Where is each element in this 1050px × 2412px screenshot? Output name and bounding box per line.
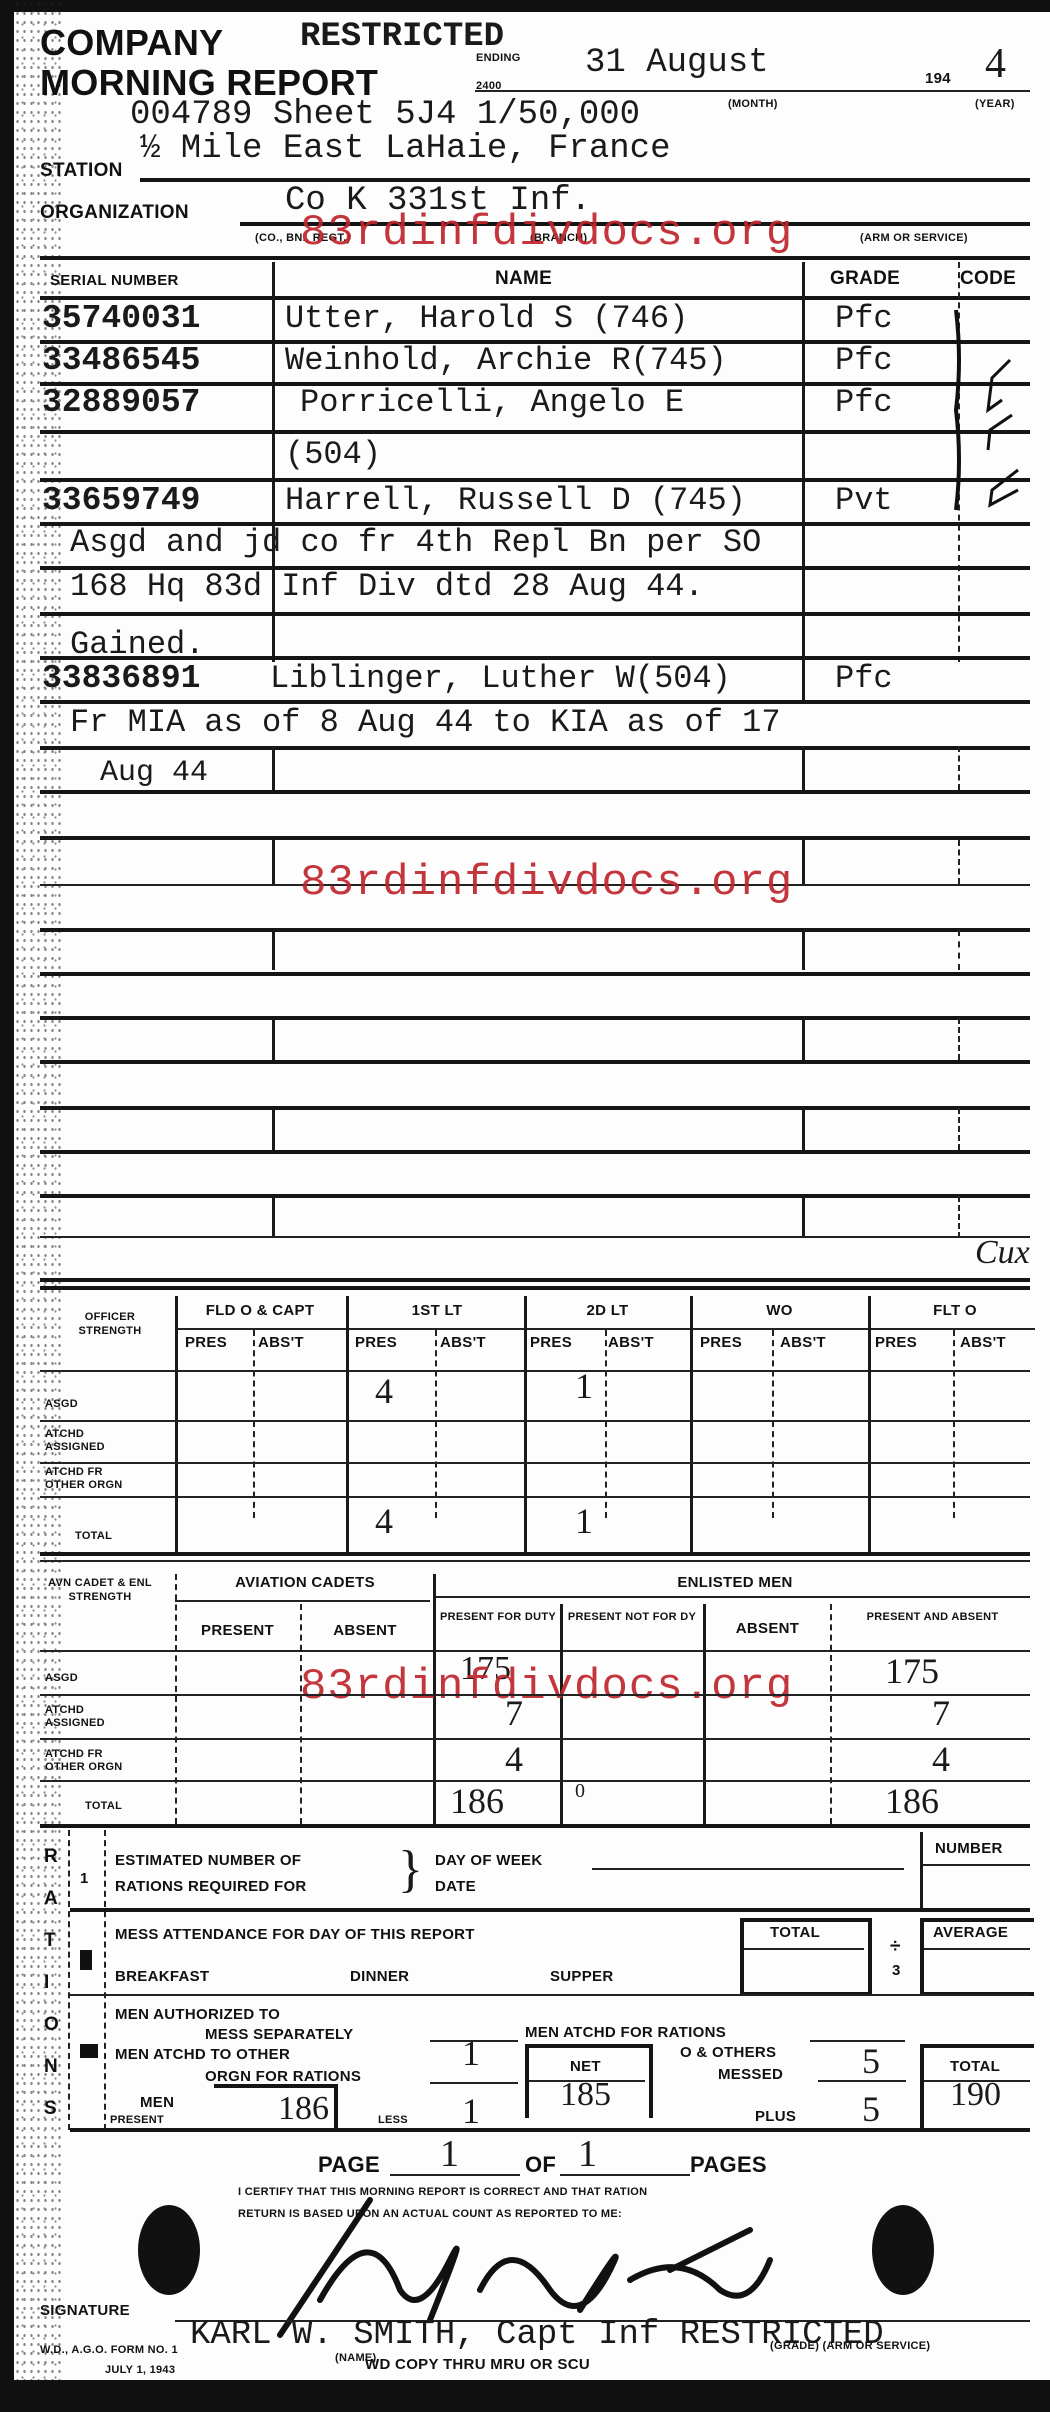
remark-line: Asgd and jd co fr 4th Repl Bn per SO [70, 524, 761, 561]
number-box-divider [920, 1832, 923, 1910]
col-divider [830, 1604, 832, 1824]
row-rule [40, 836, 1030, 840]
group-2d-lt: 2D LT [525, 1302, 690, 1319]
side-letter: R [44, 1846, 58, 1868]
o-others-value: 5 [862, 2040, 880, 2082]
row-rule [40, 1370, 1030, 1372]
report-date: 31 August [585, 44, 769, 82]
section-1-number: 1 [80, 1870, 89, 1887]
section-divider [40, 1286, 1030, 1290]
watermark-top: 83rdinfdivdocs.org [300, 208, 793, 258]
side-letter: S [44, 2098, 57, 2120]
row-rule [40, 1552, 1030, 1556]
aviation-cadets-header: AVIATION CADETS [185, 1574, 425, 1591]
roster-col-divider [272, 1018, 275, 1060]
serial-number: 32889057 [42, 384, 200, 421]
organization-label: ORGANIZATION [40, 202, 189, 224]
roster-col-divider [802, 1108, 805, 1150]
cell-present-and-absent-total: 186 [885, 1780, 939, 1822]
net-label: NET [570, 2058, 601, 2075]
signature-label: SIGNATURE [40, 2302, 130, 2319]
row-rule [40, 1016, 1030, 1020]
divide-by: 3 [892, 1962, 901, 1979]
sub-abst: ABS'T [780, 1334, 826, 1351]
row-rule [70, 1994, 1030, 1996]
side-letter: A [44, 1888, 58, 1910]
row-label-total: TOTAL [85, 1800, 122, 1812]
map-reference: 004789 Sheet 5J4 1/50,000 [130, 96, 640, 134]
restricted-stamp: RESTRICTED [300, 18, 504, 56]
cell-2d-lt-pres-total: 1 [575, 1500, 593, 1542]
roster-col-divider [272, 840, 275, 884]
cell-present-and-absent-atchd: 7 [932, 1692, 950, 1734]
soldier-name: Weinhold, Archie R(745) [285, 342, 727, 379]
remark-line: Fr MIA as of 8 Aug 44 to KIA as of 17 [70, 704, 781, 741]
sub-pres: PRES [700, 1334, 742, 1351]
number-underline [922, 1864, 1030, 1866]
section-divider [40, 1824, 1030, 1828]
col-divider [605, 1330, 607, 1518]
form-date: JULY 1, 1943 [105, 2364, 175, 2376]
station-label: STATION [40, 160, 123, 182]
col-divider [435, 1330, 437, 1518]
year-caption: (YEAR) [975, 98, 1015, 110]
col-present-for-duty: PRESENT FOR DUTY [438, 1610, 558, 1624]
less-value: 1 [462, 2090, 480, 2132]
row-rule [40, 1278, 1030, 1282]
roster-col-divider [802, 1018, 805, 1060]
day-of-week-label: DAY OF WEEK [435, 1852, 543, 1869]
sub-pres: PRES [185, 1334, 227, 1351]
roster-col-divider [958, 1108, 960, 1150]
men-atchd-other-line2: ORGN FOR RATIONS [205, 2068, 361, 2085]
mess-total-underline [744, 1948, 864, 1950]
cell-present-for-duty-atchd: 7 [505, 1692, 523, 1734]
serial-number: 33486545 [42, 342, 200, 379]
cell-2d-lt-pres-asgd: 1 [575, 1365, 593, 1407]
soldier-name: Harrell, Russell D (745) [285, 482, 746, 519]
binder-hole-left [138, 2205, 200, 2295]
row-rule [40, 790, 1030, 794]
o-others-field [818, 2080, 906, 2082]
row-label-atchd-assigned: ATCHD ASSIGNED [45, 1704, 125, 1730]
remark-line: Aug 44 [100, 756, 208, 790]
enlisted-strength-header: AVN CADET & ENL STRENGTH [45, 1576, 155, 1604]
soldier-name: Utter, Harold S (746) [285, 300, 688, 337]
row-rule [40, 1420, 1030, 1422]
col-divider [175, 1574, 177, 1824]
form-id: W.D., A.G.O. FORM No. 1 [40, 2344, 178, 2356]
col-name: NAME [495, 268, 552, 290]
row-rule [40, 1694, 1030, 1696]
cell-present-and-absent-asgd: 175 [885, 1650, 939, 1692]
grand-total-label: TOTAL [950, 2058, 1000, 2075]
cell-1st-lt-pres-asgd: 4 [375, 1370, 393, 1412]
col-present-not-for-duty: PRESENT NOT FOR DY [562, 1610, 702, 1624]
col-divider [524, 1296, 527, 1518]
month-caption: (MONTH) [728, 98, 778, 110]
scan-top-border [0, 0, 1050, 12]
day-of-week-field [592, 1868, 904, 1870]
o-others-line2: MESSED [718, 2066, 783, 2083]
sub-abst: ABS'T [608, 1334, 654, 1351]
roster-col-divider [958, 746, 960, 790]
ending-label: ENDING [476, 52, 521, 64]
col-divider [953, 1330, 955, 1518]
rations-margin-divider [68, 1830, 70, 2130]
breakfast-label: BREAKFAST [115, 1968, 209, 1985]
watermark-middle: 83rdinfdivdocs.org [300, 858, 793, 908]
col-serial-number: SERIAL NUMBER [50, 272, 179, 289]
year-suffix: 4 [985, 40, 1006, 88]
average-underline [924, 1948, 1030, 1950]
divide-icon: ÷ [890, 1936, 901, 1958]
men-atchd-other-value: 1 [462, 2032, 480, 2074]
side-letter: N [44, 2056, 58, 2078]
group-underline [175, 1600, 430, 1602]
men-atchd-other-field [430, 2082, 518, 2084]
cell-present-for-duty-atchd-fr: 4 [505, 1738, 523, 1780]
group-flt-o: FLT O [870, 1302, 1040, 1319]
net-value: 185 [560, 2076, 611, 2114]
side-letter: O [44, 2014, 59, 2036]
row-label-total: TOTAL [75, 1530, 112, 1542]
side-letter: I [44, 1972, 50, 1994]
supper-label: SUPPER [550, 1968, 614, 1985]
col-av-absent: ABSENT [300, 1622, 430, 1639]
remark-line: 168 Hq 83d Inf Div dtd 28 Aug 44. [70, 568, 704, 605]
row-rule [40, 1650, 1030, 1652]
station-value: ½ Mile East LaHaie, France [140, 130, 671, 168]
men-atchd-for-rations-field [810, 2040, 905, 2042]
watermark-bottom: 83rdinfdivdocs.org [300, 1662, 793, 1712]
men-present-line1: MEN [140, 2094, 174, 2111]
mess-attendance-label: MESS ATTENDANCE FOR DAY OF THIS REPORT [115, 1926, 475, 1943]
col-divider [560, 1604, 563, 1824]
grand-total-value: 190 [950, 2076, 1001, 2114]
date-underline [475, 90, 1030, 92]
soldier-name: Liblinger, Luther W(504) [270, 660, 731, 697]
section-divider [70, 2128, 1030, 2132]
col-divider [300, 1604, 302, 1824]
row-rule [40, 1194, 1030, 1198]
soldier-name: Porricelli, Angelo E [300, 384, 684, 421]
col-divider [690, 1296, 693, 1518]
sub-abst: ABS'T [258, 1334, 304, 1351]
group-1st-lt: 1ST LT [352, 1302, 522, 1319]
men-authorized-line2: MESS SEPARATELY [205, 2026, 353, 2043]
side-letter: T [44, 1930, 56, 1952]
estimated-rations-line2: RATIONS REQUIRED FOR [115, 1878, 307, 1895]
col-enl-absent: ABSENT [705, 1620, 830, 1637]
soldier-grade: Pvt [835, 482, 893, 519]
col-divider [868, 1496, 871, 1552]
average-label: AVERAGE [933, 1924, 1008, 1941]
serial-number: 33836891 [42, 660, 200, 697]
o-others-line1: O & OTHERS [680, 2044, 776, 2061]
row-rule [40, 612, 1030, 616]
date-label: DATE [435, 1878, 476, 1895]
row-rule [40, 1106, 1030, 1110]
men-atchd-for-rations-label: MEN ATCHD FOR RATIONS [525, 2024, 726, 2041]
scan-bottom-border [0, 2380, 1050, 2412]
row-rule [40, 1462, 1030, 1464]
col-grade: GRADE [830, 268, 900, 290]
row-label-atchd-assigned: ATCHD ASSIGNED [45, 1428, 125, 1454]
roster-col-divider [272, 1108, 275, 1150]
row-label-atchd-fr-other-orgn: ATCHD FR OTHER ORGN [45, 1748, 145, 1774]
row-label-atchd-fr-other-orgn: ATCHD FR OTHER ORGN [45, 1466, 145, 1492]
col-divider [703, 1604, 706, 1824]
col-present-and-absent: PRESENT AND ABSENT [835, 1610, 1030, 1624]
col-divider [253, 1330, 255, 1518]
mess-total-label: TOTAL [770, 1924, 820, 1941]
form-title-company: COMPANY [40, 22, 223, 64]
col-av-present: PRESENT [180, 1622, 295, 1639]
row-label-asgd: ASGD [45, 1672, 78, 1684]
cell-1st-lt-pres-total: 4 [375, 1500, 393, 1542]
row-rule [40, 746, 1030, 750]
section-2-number: 2 [80, 1950, 92, 1970]
cell-present-and-absent-atchd-fr: 4 [932, 1738, 950, 1780]
brace-icon: } [398, 1844, 423, 1896]
number-label: NUMBER [935, 1840, 1003, 1857]
col-divider [175, 1296, 178, 1518]
roster-col-divider [802, 930, 805, 970]
group-fld-o-capt: FLD O & CAPT [180, 1302, 340, 1319]
binder-hole-right [872, 2205, 934, 2295]
sub-pres: PRES [875, 1334, 917, 1351]
row-rule [40, 1150, 1030, 1154]
roster-col-divider [958, 1018, 960, 1060]
soldier-name-continued: (504) [285, 436, 381, 473]
men-atchd-other-line1: MEN ATCHD TO OTHER [115, 2046, 290, 2063]
margin-initials: Cux [975, 1234, 1030, 1272]
soldier-grade: Pfc [835, 342, 893, 379]
row-rule [40, 928, 1030, 932]
enlisted-men-header: ENLISTED MEN [440, 1574, 1030, 1591]
group-underline [435, 1596, 1030, 1598]
roster-col-divider [958, 930, 960, 970]
distribution-note: WD COPY THRU MRU OR SCU [365, 2356, 590, 2373]
row-rule [40, 1496, 1030, 1498]
soldier-grade: Pfc [835, 660, 893, 697]
row-rule [40, 430, 1030, 434]
col-divider [346, 1296, 349, 1518]
row-rule [40, 972, 1030, 976]
roster-col-divider [802, 746, 805, 790]
org-caption-right: (ARM OR SERVICE) [860, 232, 968, 244]
col-divider [868, 1296, 871, 1518]
row-rule [70, 1908, 1030, 1912]
row-rule [40, 1780, 1030, 1782]
col-code: CODE [960, 268, 1016, 290]
roster-col-divider [272, 930, 275, 970]
roster-col-divider [802, 1196, 805, 1238]
code-checkmarks-icon [940, 300, 1040, 520]
roster-col-divider [272, 746, 275, 790]
roster-col-divider [802, 658, 805, 700]
year-prefix: 194 [925, 70, 951, 87]
cell-present-not-for-duty-total: 0 [575, 1780, 585, 1803]
roster-col-divider [958, 1196, 960, 1238]
less-label: LESS [378, 2114, 408, 2126]
roster-col-divider [958, 840, 960, 884]
header-divider [40, 256, 1030, 260]
section-divider [40, 1560, 1030, 1562]
col-divider [772, 1330, 774, 1518]
plus-value: 5 [862, 2088, 880, 2130]
row-rule [40, 1236, 1030, 1238]
sub-abst: ABS'T [440, 1334, 486, 1351]
sub-pres: PRES [530, 1334, 572, 1351]
sub-abst: ABS'T [960, 1334, 1006, 1351]
officer-strength-header: OFFICER STRENGTH [55, 1310, 165, 1338]
section-3-number: 3 [80, 2044, 98, 2058]
morning-report-page: COMPANY RESTRICTED MORNING REPORT ENDING… [0, 0, 1050, 2412]
row-label-asgd: ASGD [45, 1398, 78, 1410]
col-divider [690, 1496, 693, 1552]
dinner-label: DINNER [350, 1968, 409, 1985]
grade-caption: (GRADE) (ARM OR SERVICE) [770, 2340, 930, 2352]
row-rule [40, 1060, 1030, 1064]
men-present-value: 186 [278, 2090, 329, 2128]
sub-pres: PRES [355, 1334, 397, 1351]
estimated-rations-line1: ESTIMATED NUMBER OF [115, 1852, 301, 1869]
row-rule [40, 1738, 1030, 1740]
col-divider [524, 1496, 527, 1552]
roster-col-divider [802, 840, 805, 884]
men-present-line2: PRESENT [110, 2114, 164, 2126]
serial-number: 35740031 [42, 300, 200, 337]
scan-left-border [0, 0, 14, 2412]
col-divider [346, 1496, 349, 1552]
group-wo: WO [692, 1302, 867, 1319]
roster-col-divider [272, 1196, 275, 1238]
cell-present-for-duty-total: 186 [450, 1780, 504, 1822]
rations-margin-divider [104, 1830, 106, 2130]
roster-col-divider-2 [802, 262, 805, 662]
serial-number: 33659749 [42, 482, 200, 519]
soldier-grade: Pfc [835, 300, 893, 337]
soldier-grade: Pfc [835, 384, 893, 421]
men-authorized-line1: MEN AUTHORIZED TO [115, 2006, 280, 2023]
col-divider [175, 1496, 178, 1552]
plus-label: PLUS [755, 2108, 796, 2125]
